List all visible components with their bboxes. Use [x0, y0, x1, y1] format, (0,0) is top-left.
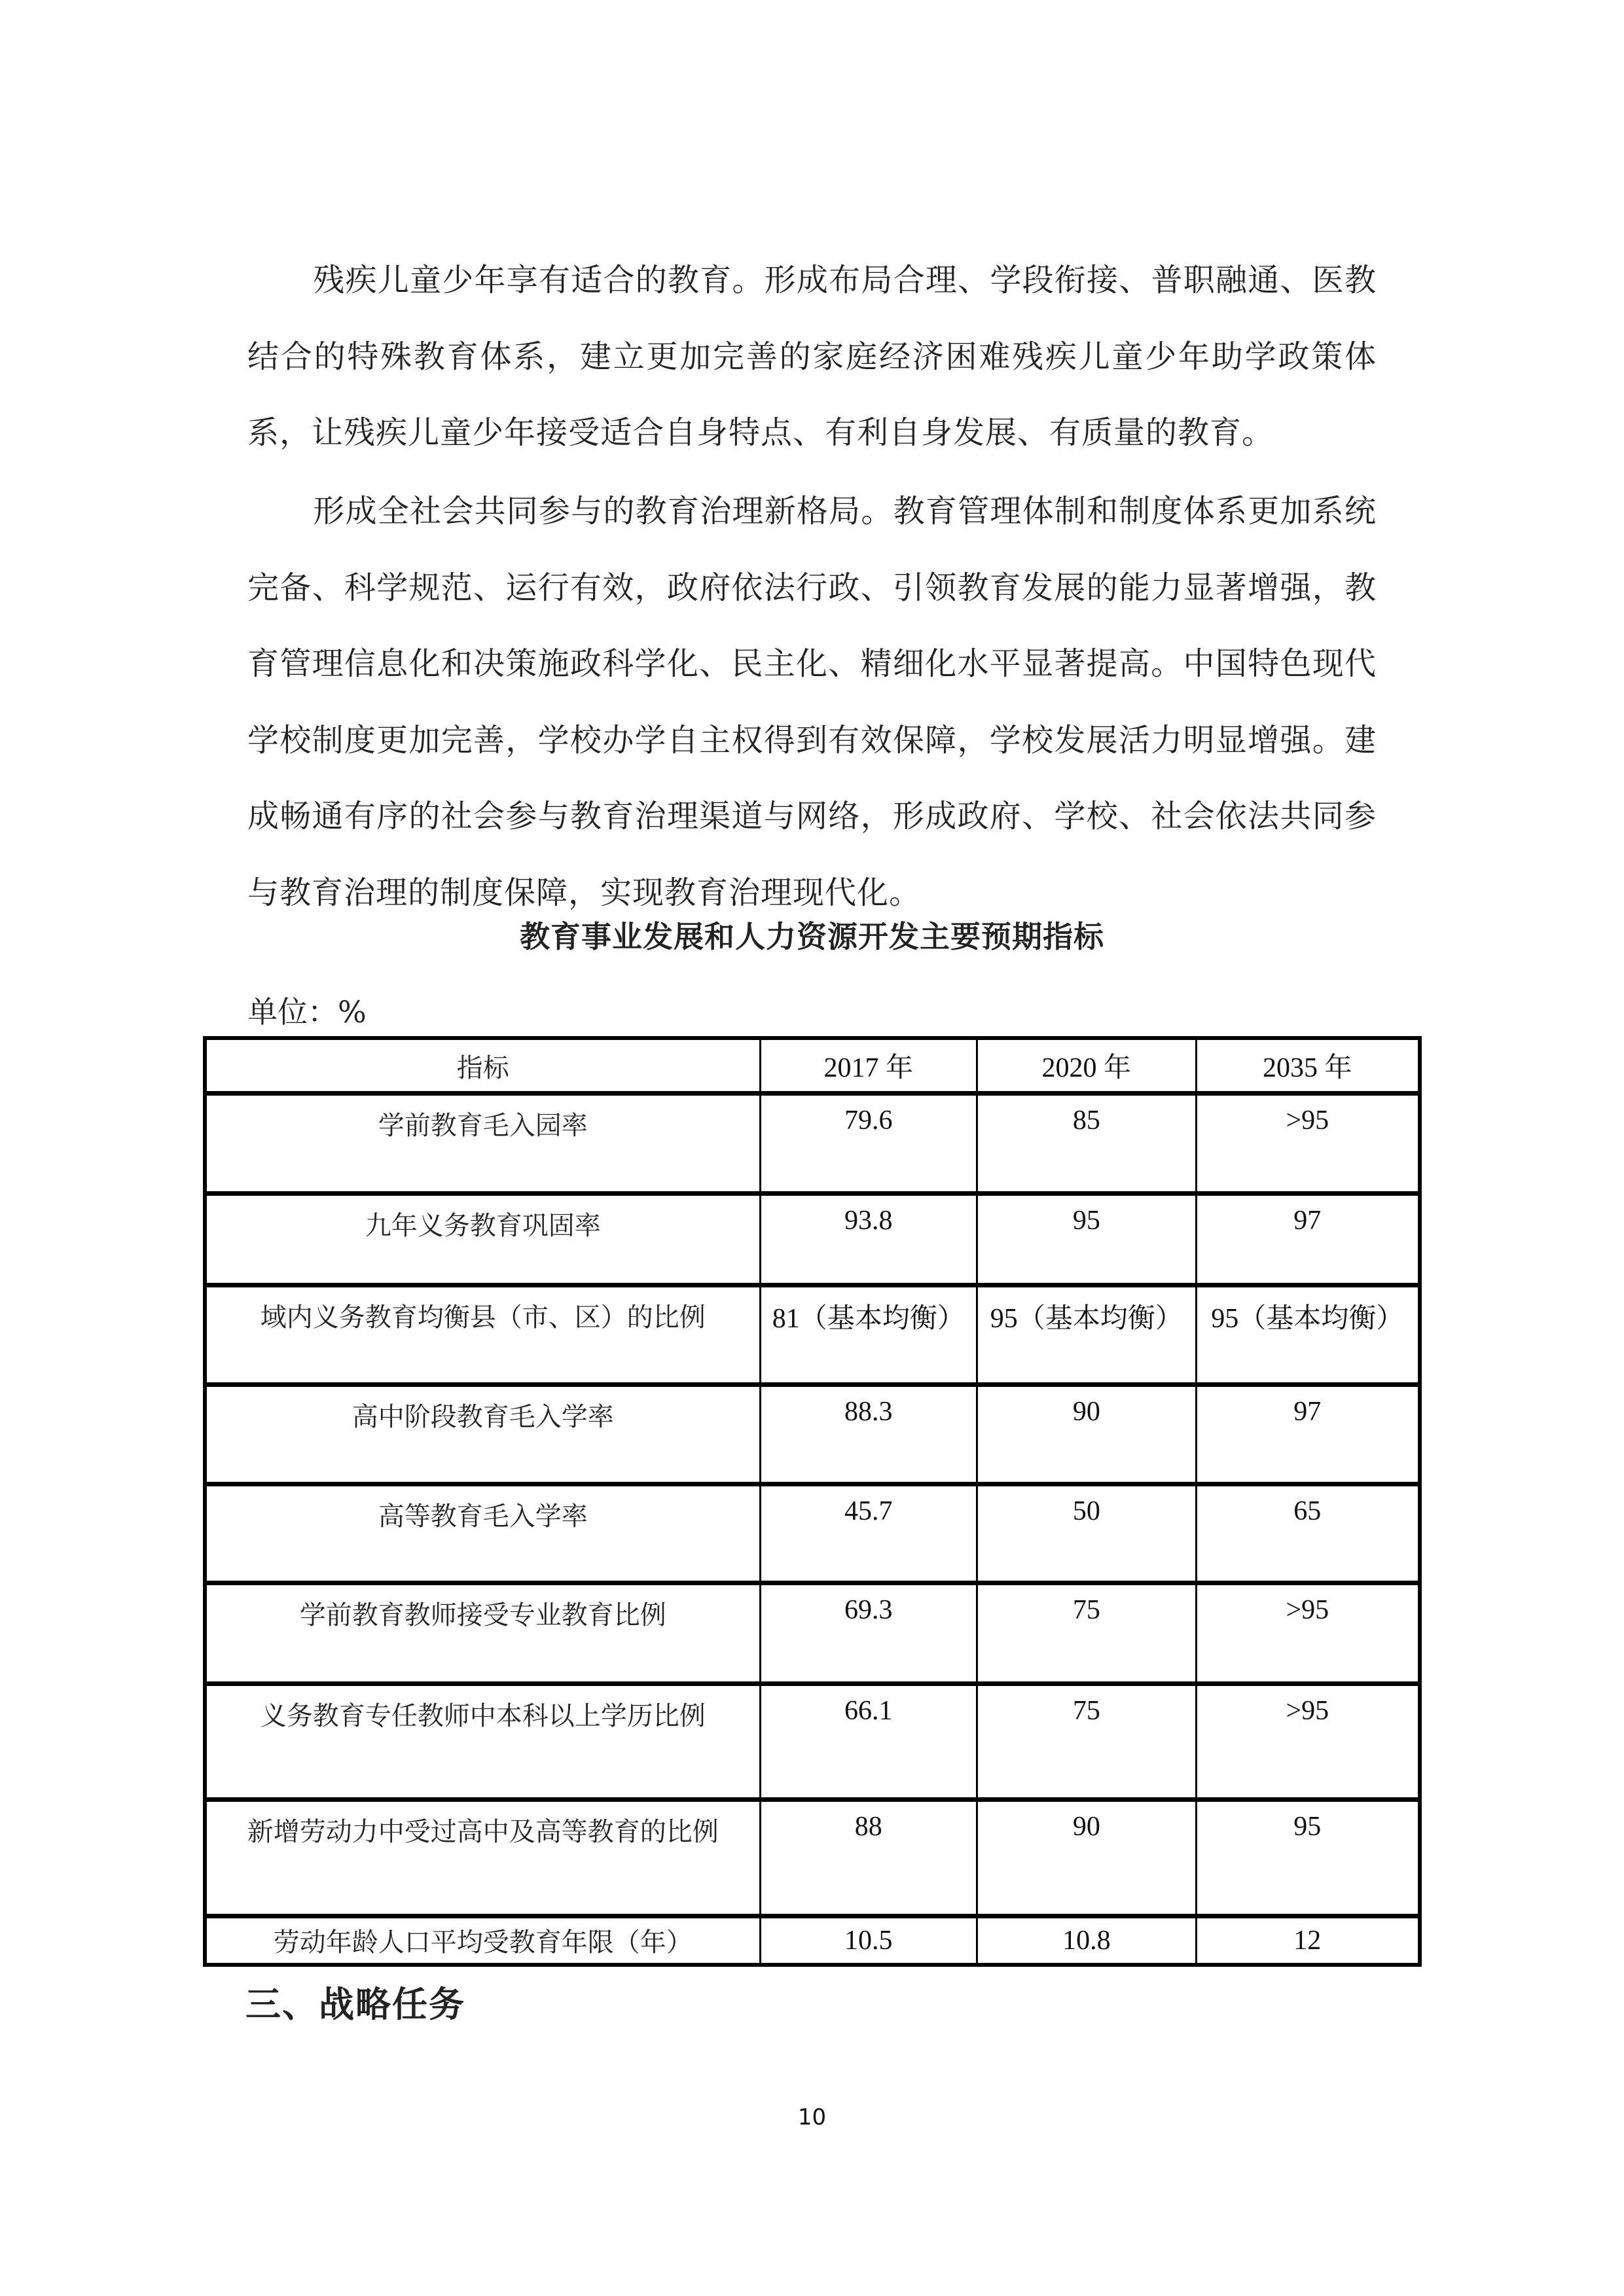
- indicator-cell: 劳动年龄人口平均受教育年限（年）: [205, 1916, 760, 1965]
- table-title: 教育事业发展和人力资源开发主要预期指标: [0, 913, 1624, 956]
- value-2020-cell: 10.8: [977, 1916, 1197, 1965]
- value-2017-cell: 45.7: [760, 1484, 977, 1583]
- value-2017-cell: 88: [760, 1800, 977, 1916]
- table-body: 学前教育毛入园率 79.6 85 >95 九年义务教育巩固率 93.8 95 9…: [205, 1094, 1420, 1965]
- indicator-cell: 义务教育专任教师中本科以上学历比例: [205, 1684, 760, 1800]
- value-2020-cell: 90: [977, 1385, 1197, 1484]
- value-2020-cell: 95（基本均衡）: [977, 1285, 1197, 1385]
- indicator-cell: 高中阶段教育毛入学率: [205, 1385, 760, 1484]
- header-2020: 2020 年: [977, 1038, 1197, 1094]
- table-row: 学前教育毛入园率 79.6 85 >95: [205, 1094, 1420, 1194]
- value-2020-cell: 85: [977, 1094, 1197, 1194]
- value-2020-cell: 95: [977, 1194, 1197, 1285]
- table-header-row: 指标 2017 年 2020 年 2035 年: [205, 1038, 1420, 1094]
- paragraph-text: 残疾儿童少年享有适合的教育。形成布局合理、学段衔接、普职融通、医教结合的特殊教育…: [247, 262, 1377, 451]
- paragraph-special-education: 残疾儿童少年享有适合的教育。形成布局合理、学段衔接、普职融通、医教结合的特殊教育…: [247, 242, 1377, 471]
- header-indicator: 指标: [205, 1038, 760, 1094]
- table-row: 高等教育毛入学率 45.7 50 65: [205, 1484, 1420, 1583]
- paragraph-text: 形成全社会共同参与的教育治理新格局。教育管理体制和制度体系更加系统完备、科学规范…: [247, 493, 1377, 911]
- table-row: 高中阶段教育毛入学率 88.3 90 97: [205, 1385, 1420, 1484]
- value-2017-cell: 66.1: [760, 1684, 977, 1800]
- value-2035-cell: 95: [1196, 1800, 1420, 1916]
- value-2020-cell: 75: [977, 1684, 1197, 1800]
- value-2017-cell: 10.5: [760, 1916, 977, 1965]
- value-2035-cell: >95: [1196, 1583, 1420, 1684]
- table-unit-label: 单位：%: [247, 988, 367, 1031]
- value-2035-cell: >95: [1196, 1684, 1420, 1800]
- indicator-cell: 学前教育毛入园率: [205, 1094, 760, 1194]
- header-2035: 2035 年: [1196, 1038, 1420, 1094]
- indicator-cell: 九年义务教育巩固率: [205, 1194, 760, 1285]
- table-row: 域内义务教育均衡县（市、区）的比例 81（基本均衡） 95（基本均衡） 95（基…: [205, 1285, 1420, 1385]
- indicator-cell: 域内义务教育均衡县（市、区）的比例: [205, 1285, 760, 1385]
- value-2017-cell: 81（基本均衡）: [760, 1285, 977, 1385]
- value-2035-cell: >95: [1196, 1094, 1420, 1194]
- value-2035-cell: 95（基本均衡）: [1196, 1285, 1420, 1385]
- table-row: 义务教育专任教师中本科以上学历比例 66.1 75 >95: [205, 1684, 1420, 1800]
- indicators-table: 指标 2017 年 2020 年 2035 年 学前教育毛入园率 79.6 85…: [203, 1036, 1422, 1967]
- paragraph-education-governance: 形成全社会共同参与的教育治理新格局。教育管理体制和制度体系更加系统完备、科学规范…: [247, 473, 1377, 931]
- page-number: 10: [0, 2104, 1624, 2130]
- value-2035-cell: 65: [1196, 1484, 1420, 1583]
- value-2035-cell: 97: [1196, 1194, 1420, 1285]
- indicator-cell: 学前教育教师接受专业教育比例: [205, 1583, 760, 1684]
- table-row: 劳动年龄人口平均受教育年限（年） 10.5 10.8 12: [205, 1916, 1420, 1965]
- value-2035-cell: 12: [1196, 1916, 1420, 1965]
- value-2017-cell: 69.3: [760, 1583, 977, 1684]
- value-2020-cell: 90: [977, 1800, 1197, 1916]
- value-2020-cell: 50: [977, 1484, 1197, 1583]
- indicator-cell: 高等教育毛入学率: [205, 1484, 760, 1583]
- indicator-cell: 新增劳动力中受过高中及高等教育的比例: [205, 1800, 760, 1916]
- header-2017: 2017 年: [760, 1038, 977, 1094]
- table-row: 新增劳动力中受过高中及高等教育的比例 88 90 95: [205, 1800, 1420, 1916]
- value-2017-cell: 93.8: [760, 1194, 977, 1285]
- value-2017-cell: 88.3: [760, 1385, 977, 1484]
- section-heading: 三、战略任务: [245, 1977, 465, 2027]
- table-row: 九年义务教育巩固率 93.8 95 97: [205, 1194, 1420, 1285]
- value-2035-cell: 97: [1196, 1385, 1420, 1484]
- value-2017-cell: 79.6: [760, 1094, 977, 1194]
- table-row: 学前教育教师接受专业教育比例 69.3 75 >95: [205, 1583, 1420, 1684]
- value-2020-cell: 75: [977, 1583, 1197, 1684]
